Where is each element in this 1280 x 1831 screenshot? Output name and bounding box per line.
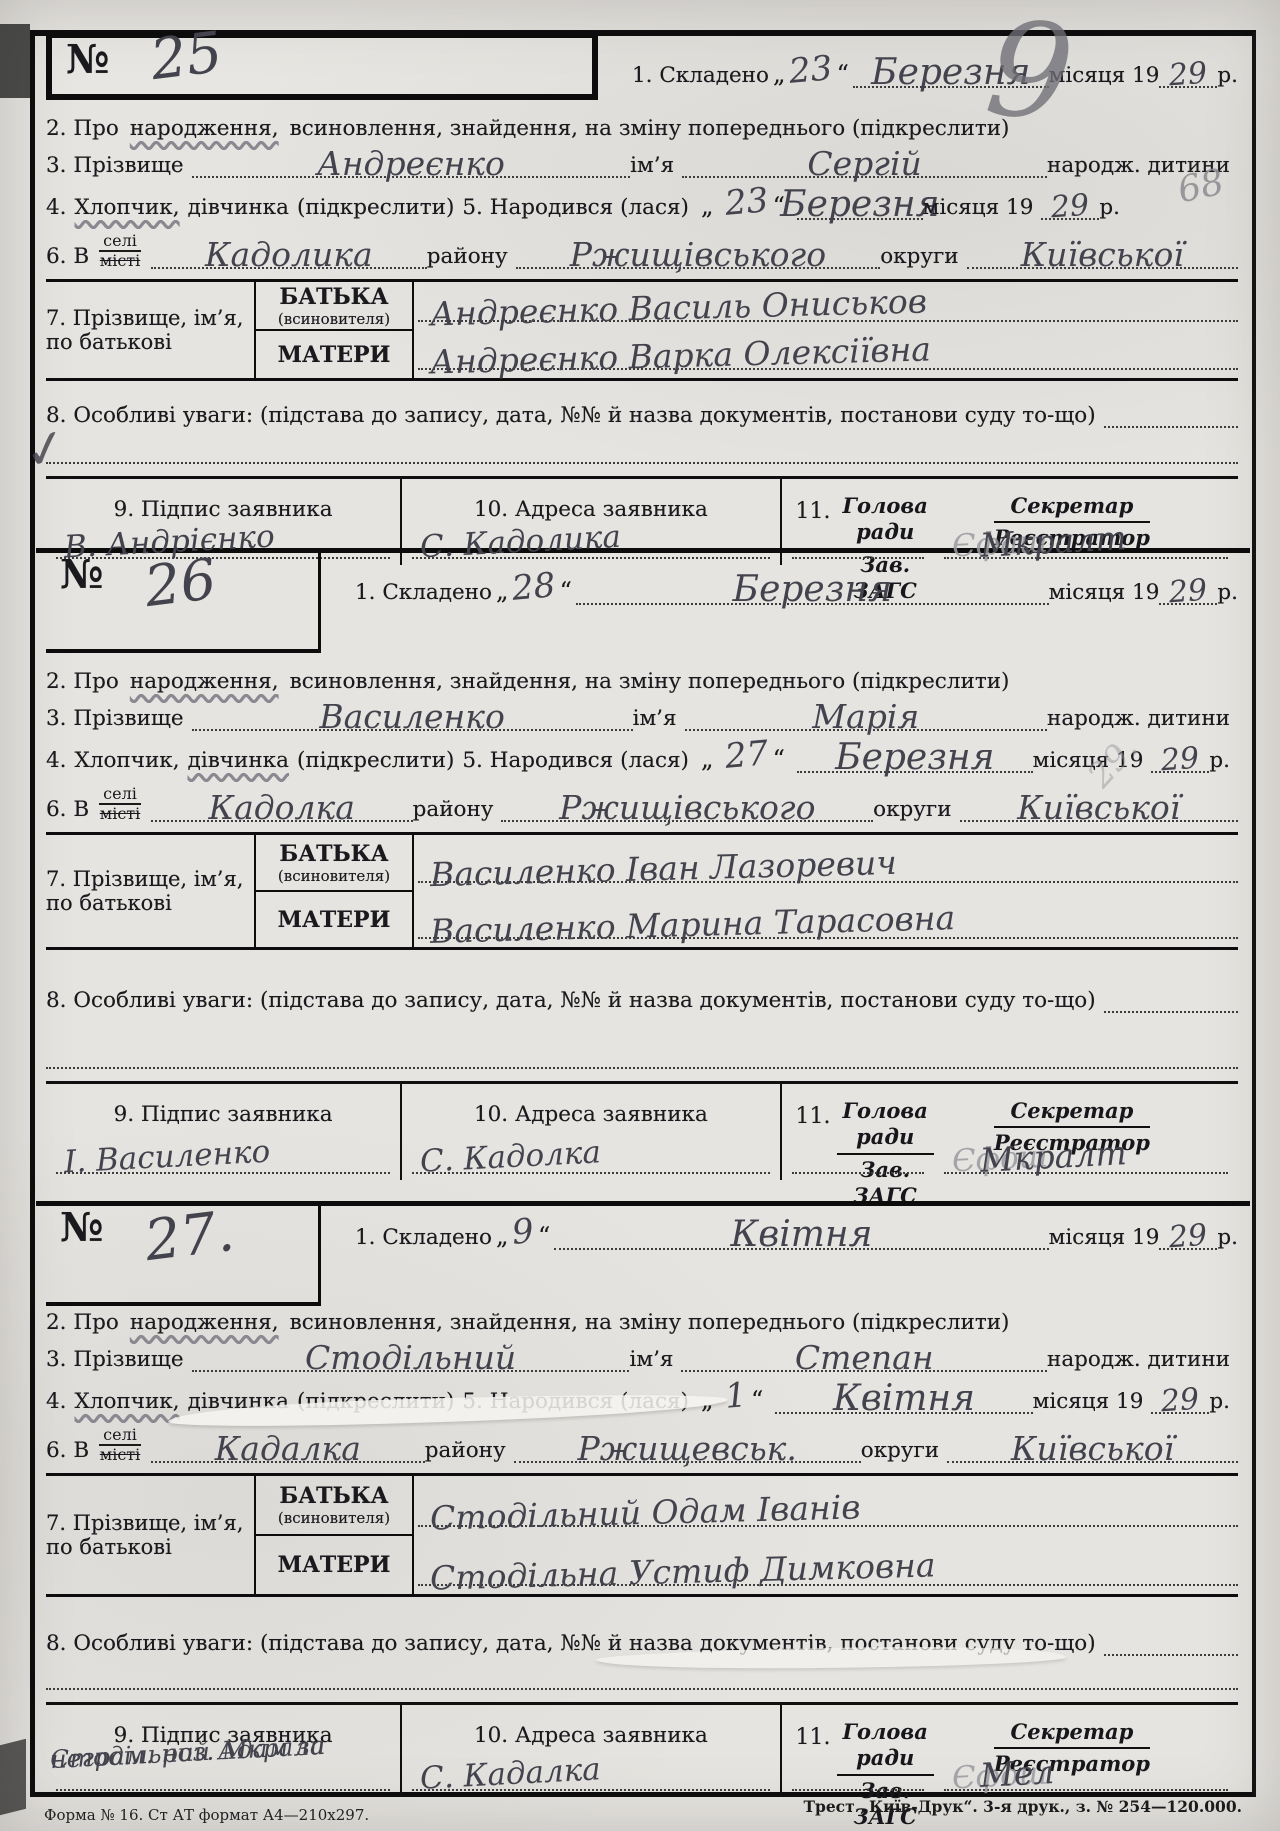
composed-line: 1. Складено „ 9 “ Квітня місяця 19 29 р. <box>355 1206 1238 1250</box>
surname-label: 3. Прізвище <box>46 153 184 178</box>
council-head-label: Голова ради Зав. ЗАГС <box>837 1098 934 1209</box>
firstname-handwritten: Сергій <box>807 155 921 176</box>
year-suffix-label: р. <box>1099 195 1120 220</box>
parents-block: 7. Прізвище, ім’я, по батькові БАТЬКА (в… <box>46 279 1238 381</box>
village-town-fraction: селі місті <box>99 1426 141 1463</box>
composed-month-handwritten: Квітня <box>730 1225 872 1248</box>
composed-month-line: Квітня <box>554 1225 1048 1250</box>
village-field: Кадалка <box>151 1440 425 1463</box>
village-field: Кадолка <box>151 799 413 822</box>
village-town-fraction: селі місті <box>99 785 141 822</box>
open-quote: „ <box>697 745 717 773</box>
remarks-label: 8. Особливі уваги: (підстава до запису, … <box>46 988 1096 1013</box>
father-label: БАТЬКА <box>256 841 412 867</box>
parents-label: 7. Прізвище, ім’я, по батькові <box>46 835 254 947</box>
month-year-label: місяця 19 <box>923 195 1034 220</box>
firstname-label: ім’я <box>630 153 674 178</box>
parents-label-line2: по батькові <box>46 891 254 915</box>
handwritten-page-number: 9 <box>980 1 1079 142</box>
composed-year-line: 29 <box>1159 584 1217 606</box>
item11-number: 11. <box>796 1104 831 1129</box>
father-entry: Андреєнко Василь Ониськов <box>414 282 1238 330</box>
mother-role-cell: МАТЕРИ <box>256 892 412 947</box>
mother-label: МАТЕРИ <box>278 1552 391 1578</box>
district-label: району <box>425 1438 506 1463</box>
district-handwritten: Ржищевськ. <box>578 1440 797 1461</box>
parents-entries: Андреєнко Василь Ониськов Андреєнко Варк… <box>414 282 1238 378</box>
no-label: № <box>46 1206 111 1248</box>
place-line: 6. В селі місті Кадалка району Ржищевськ… <box>46 1426 1238 1463</box>
adopter-sublabel: (всиновителя) <box>256 867 412 885</box>
parents-label-line2: по батькові <box>46 1535 254 1559</box>
applicant-signature-cell: 9. Підпис заявника І. Василенко <box>46 1084 400 1180</box>
place-line: 6. В селі місті Кадолка району Ржищівськ… <box>46 785 1238 822</box>
year-suffix-label: р. <box>1217 1225 1238 1250</box>
open-quote: „ <box>492 1222 512 1250</box>
village-word: селі <box>99 1426 141 1446</box>
record-number-handwritten: 25 <box>149 28 226 87</box>
secretary-signature: Мкралт <box>979 1140 1127 1174</box>
applicant-address-handwritten: С. Кадолка <box>420 1141 602 1175</box>
record-number-box: № 25 <box>46 32 598 100</box>
father-label: БАТЬКА <box>256 284 412 310</box>
secretary-word: Секретар <box>994 1719 1150 1749</box>
birth-record-27: № 27. 1. Складено „ 9 “ Квітня місяця 19… <box>36 1201 1250 1790</box>
birth-day-handwritten: 1 <box>725 1385 748 1407</box>
record-number-box: № 26 <box>46 553 321 653</box>
okruha-handwritten: Київської <box>1017 799 1180 820</box>
father-name-handwritten: Стодільний Одам Іванів <box>430 1498 861 1529</box>
adopter-sublabel: (всиновителя) <box>256 1509 412 1527</box>
father-role-cell: БАТЬКА (всиновителя) <box>256 835 412 892</box>
scan-edge-smudge <box>0 24 30 98</box>
place-line: 6. В селі місті Кадолика району Ржищівсь… <box>46 232 1238 269</box>
composed-month-line: Березня <box>576 580 1049 605</box>
applicant-signature-label: 9. Підпис заявника <box>46 497 400 522</box>
mother-role-cell: МАТЕРИ <box>256 1536 412 1594</box>
secretary-signature: Мкралт <box>979 525 1127 559</box>
village-handwritten: Кадолика <box>205 246 373 267</box>
surname-field: Стодільний <box>192 1349 630 1372</box>
village-field: Кадолика <box>151 246 427 269</box>
composed-label: 1. Складено <box>355 1225 492 1250</box>
district-label: району <box>427 244 508 269</box>
close-quote: “ <box>769 745 789 773</box>
birth-day-handwritten: 23 <box>725 190 770 214</box>
town-word-struck: місті <box>100 805 141 823</box>
remarks-line: 8. Особливі уваги: (підстава до запису, … <box>46 1631 1238 1656</box>
council-head-cell: 11. Голова ради Зав. ЗАГС Єфош <box>780 1084 934 1180</box>
composed-year-handwritten: 29 <box>1169 65 1208 87</box>
okruha-field: Київської <box>960 799 1238 822</box>
parents-role-column: БАТЬКА (всиновителя) МАТЕРИ <box>254 282 414 378</box>
composed-year-line: 29 <box>1159 1229 1217 1251</box>
statement-type-line: 2. Про народження, всиновлення, знайденн… <box>46 1310 1238 1335</box>
name-line: 3. Прізвище Василенко ім’я Марія народж.… <box>46 706 1238 731</box>
composed-month-handwritten: Березня <box>733 580 892 603</box>
town-word-struck: місті <box>100 252 141 270</box>
page-content: № 25 1. Складено „ 23 “ Березня місяця 1… <box>36 36 1250 1790</box>
statement-prefix: 2. Про <box>46 116 119 141</box>
scan-edge-smudge <box>0 1739 26 1815</box>
statement-rest: всиновлення, знайдення, на зміну поперед… <box>290 1310 1010 1335</box>
birth-record-26: № 26 1. Складено „ 28 “ Березня місяця 1… <box>36 548 1250 1201</box>
item4-number: 4. <box>46 195 67 220</box>
parents-label: 7. Прізвище, ім’я, по батькові <box>46 282 254 378</box>
applicant-address-handwritten: С. Кадалка <box>420 1758 602 1792</box>
okruha-label: округи <box>880 244 958 269</box>
composed-day-handwritten: 9 <box>512 1221 535 1243</box>
surname-handwritten: Стодільний <box>305 1349 516 1370</box>
mother-entry: Василенко Марина Тарасовна <box>414 891 1238 947</box>
open-quote: „ <box>492 577 512 605</box>
okruha-handwritten: Київської <box>1021 246 1184 267</box>
child-label: народж. дитини <box>1047 706 1230 731</box>
applicant-signature-label: 9. Підпис заявника <box>46 1102 400 1127</box>
close-quote: “ <box>556 577 576 605</box>
item4-number: 4. <box>46 1389 67 1414</box>
print-house-imprint: Трест „Київ-Друк“. 3-я друк., з. № 254—1… <box>803 1797 1242 1816</box>
form-number-imprint: Форма № 16. Ст АТ формат А4—210х297. <box>44 1806 369 1824</box>
in-label: 6. В <box>46 244 89 269</box>
underlined-word-birth: народження, <box>130 116 279 141</box>
underlined-word-birth: народження, <box>130 1310 279 1335</box>
birth-year-handwritten: 29 <box>1051 197 1090 219</box>
birth-month-handwritten: Квітня <box>833 1389 975 1412</box>
birth-month-line: Квітня <box>775 1389 1032 1414</box>
remarks-extra-line <box>46 460 1238 464</box>
mother-name-handwritten: Андреєнко Варка Олексіївна <box>430 340 931 373</box>
statement-prefix: 2. Про <box>46 1310 119 1335</box>
remarks-field <box>1104 423 1238 428</box>
item11-number: 11. <box>796 499 831 524</box>
surname-field: Василенко <box>192 708 633 731</box>
word-boy: Хлопчик, <box>75 748 180 773</box>
close-quote: “ <box>747 1386 767 1414</box>
registry-page-scan: № 25 1. Складено „ 23 “ Березня місяця 1… <box>0 0 1280 1831</box>
birth-month-line: Березня <box>797 748 1033 773</box>
word-girl: дівчинка <box>188 195 289 220</box>
okruha-field: Київської <box>967 246 1238 269</box>
close-quote: “ <box>833 60 853 88</box>
parents-label-line1: 7. Прізвище, ім’я, <box>46 1511 254 1535</box>
town-word-struck: місті <box>100 1446 141 1464</box>
year-suffix-label: р. <box>1209 1389 1230 1414</box>
statement-type-line: 2. Про народження, всиновлення, знайденн… <box>46 669 1238 694</box>
birth-month-handwritten: Березня <box>780 195 939 218</box>
applicant-address-label: 10. Адреса заявника <box>402 1723 779 1748</box>
surname-label: 3. Прізвище <box>46 1347 184 1372</box>
signatures-row: 9. Підпис заявника І. Василенко 10. Адре… <box>46 1081 1238 1180</box>
head-of-council-label: Голова ради <box>837 493 934 550</box>
no-label: № <box>52 38 117 80</box>
applicant-address-cell: 10. Адреса заявника С. Кадолка <box>400 1084 779 1180</box>
mother-name-handwritten: Стодільна Устиф Димковна <box>430 1556 936 1589</box>
surname-handwritten: Василенко <box>319 708 505 729</box>
birth-year-handwritten: 29 <box>1161 750 1200 772</box>
district-handwritten: Ржищівського <box>559 799 815 820</box>
open-quote: „ <box>697 192 717 220</box>
father-role-cell: БАТЬКА (всиновителя) <box>256 282 412 331</box>
father-entry: Василенко Іван Лазоревич <box>414 835 1238 891</box>
mother-name-handwritten: Василенко Марина Тарасовна <box>430 909 956 943</box>
underline-note: (підкреслити) <box>297 748 454 773</box>
head-of-council-label: Голова ради <box>837 1719 934 1776</box>
statement-rest: всиновлення, знайдення, на зміну поперед… <box>290 116 1010 141</box>
adopter-sublabel: (всиновителя) <box>256 310 412 328</box>
applicant-address-label: 10. Адреса заявника <box>402 497 779 522</box>
village-town-fraction: селі місті <box>99 232 141 269</box>
okruha-label: округи <box>861 1438 939 1463</box>
close-quote: “ <box>534 1222 554 1250</box>
father-name-handwritten: Василенко Іван Лазоревич <box>430 853 897 885</box>
parents-block: 7. Прізвище, ім’я, по батькові БАТЬКА (в… <box>46 832 1238 950</box>
birth-year-line: 29 <box>1151 752 1209 774</box>
record-number-box: № 27. <box>46 1206 321 1306</box>
record-header: № 26 1. Складено „ 28 “ Березня місяця 1… <box>46 553 1238 665</box>
item11-number: 11. <box>796 1725 831 1750</box>
secretary-word: Секретар <box>994 1098 1150 1128</box>
remarks-extra-line <box>46 1065 1238 1069</box>
parents-entries: Стодільний Одам Іванів Стодільна Устиф Д… <box>414 1476 1238 1594</box>
firstname-handwritten: Степан <box>795 1349 934 1370</box>
mother-label: МАТЕРИ <box>278 342 391 368</box>
composed-label: 1. Складено <box>355 580 492 605</box>
council-head-cell: 11. Голова ради Зав. ЗАГС Єфош <box>780 1705 934 1797</box>
head-of-council-label: Голова ради <box>837 1098 934 1155</box>
item5-born-label: 5. Народився (лася) <box>462 748 689 773</box>
father-entry: Стодільний Одам Іванів <box>414 1476 1238 1535</box>
parents-label: 7. Прізвище, ім’я, по батькові <box>46 1476 254 1594</box>
applicant-address-handwritten: С. Кадолика <box>420 525 622 560</box>
mother-entry: Андреєнко Варка Олексіївна <box>414 330 1238 378</box>
remarks-field <box>1104 1008 1238 1013</box>
firstname-label: ім’я <box>633 706 677 731</box>
word-boy: Хлопчик, <box>75 195 180 220</box>
composed-year-line: 29 <box>1159 67 1217 89</box>
underlined-word-birth: народження, <box>130 669 279 694</box>
parents-label-line1: 7. Прізвище, ім’я, <box>46 306 254 330</box>
mother-role-cell: МАТЕРИ <box>256 331 412 378</box>
mother-label: МАТЕРИ <box>278 907 391 933</box>
village-word: селі <box>99 232 141 252</box>
in-label: 6. В <box>46 797 89 822</box>
okruha-label: округи <box>873 797 951 822</box>
surname-field: Андреєнко <box>192 155 631 178</box>
in-label: 6. В <box>46 1438 89 1463</box>
year-suffix-label: р. <box>1217 580 1238 605</box>
applicant-signature-handwritten: В. Андрієнко <box>63 525 275 561</box>
okruha-handwritten: Київської <box>1011 1440 1174 1461</box>
remarks-line: 8. Особливі уваги: (підстава до запису, … <box>46 403 1238 428</box>
record-number-handwritten: 27. <box>143 1207 238 1268</box>
record-header: № 27. 1. Складено „ 9 “ Квітня місяця 19… <box>46 1206 1238 1306</box>
firstname-field: Марія <box>685 708 1047 731</box>
composed-year-handwritten: 29 <box>1169 1227 1208 1249</box>
firstname-field: Степан <box>681 1349 1047 1372</box>
composed-day-handwritten: 23 <box>789 58 834 82</box>
month-year-label: місяця 19 <box>1033 1389 1144 1414</box>
statement-prefix: 2. Про <box>46 669 119 694</box>
secretary-signature: Мел <box>979 1759 1055 1789</box>
open-quote: „ <box>769 60 789 88</box>
remarks-field <box>1104 1651 1238 1656</box>
birth-month-handwritten: Березня <box>835 748 994 771</box>
secretary-word: Секретар <box>994 493 1150 523</box>
father-label: БАТЬКА <box>256 1483 412 1509</box>
birth-month-line: Березня <box>797 195 923 220</box>
district-field: Ржищівського <box>516 246 881 269</box>
firstname-field: Сергій <box>682 155 1047 178</box>
mother-entry: Стодільна Устиф Димковна <box>414 1535 1238 1594</box>
surname-handwritten: Андреєнко <box>317 155 505 176</box>
remarks-extra-line <box>46 1686 1238 1690</box>
sex-and-birthdate-line: 4. Хлопчик, дівчинка (підкреслити) 5. На… <box>46 192 1238 220</box>
word-girl: дівчинка <box>188 748 289 773</box>
parents-block: 7. Прізвище, ім’я, по батькові БАТЬКА (в… <box>46 1473 1238 1597</box>
parents-role-column: БАТЬКА (всиновителя) МАТЕРИ <box>254 835 414 947</box>
birth-record-25: № 25 1. Складено „ 23 “ Березня місяця 1… <box>36 36 1250 548</box>
firstname-label: ім’я <box>629 1347 673 1372</box>
remarks-line: 8. Особливі уваги: (підстава до запису, … <box>46 988 1238 1013</box>
applicant-address-cell: 10. Адреса заявника С. Кадалка <box>400 1705 779 1797</box>
parents-label-line1: 7. Прізвище, ім’я, <box>46 867 254 891</box>
parents-entries: Василенко Іван Лазоревич Василенко Марин… <box>414 835 1238 947</box>
composed-label: 1. Складено <box>632 63 769 88</box>
composed-day-handwritten: 28 <box>512 575 557 599</box>
year-suffix-label: р. <box>1217 63 1238 88</box>
village-handwritten: Кадолка <box>209 799 355 820</box>
year-suffix-label: р. <box>1209 748 1230 773</box>
okruha-field: Київської <box>947 1440 1238 1463</box>
secretary-cell: Секретар Реєстратор Мкралт <box>934 1084 1238 1180</box>
composed-year-handwritten: 29 <box>1169 582 1208 604</box>
surname-label: 3. Прізвище <box>46 706 184 731</box>
birth-year-handwritten: 29 <box>1161 1391 1200 1413</box>
parents-role-column: БАТЬКА (всиновителя) МАТЕРИ <box>254 1476 414 1594</box>
composed-line: 1. Складено „ 23 “ Березня місяця 19 29 … <box>632 36 1238 88</box>
parents-label-line2: по батькові <box>46 330 254 354</box>
district-handwritten: Ржищівського <box>570 246 826 267</box>
name-line: 3. Прізвище Андреєнко ім’я Сергій народж… <box>46 153 1238 178</box>
firstname-handwritten: Марія <box>812 708 919 729</box>
remarks-label: 8. Особливі уваги: (підстава до запису, … <box>46 403 1096 428</box>
village-handwritten: Кадалка <box>215 1440 361 1461</box>
month-year-label: місяця 19 <box>1049 1225 1160 1250</box>
birth-day-handwritten: 27 <box>725 743 770 767</box>
applicant-signature-handwritten: І. Василенко <box>63 1140 270 1176</box>
statement-rest: всиновлення, знайдення, на зміну поперед… <box>290 669 1010 694</box>
item4-number: 4. <box>46 748 67 773</box>
district-label: району <box>413 797 494 822</box>
sex-and-birthdate-line: 4. Хлопчик, дівчинка (підкреслити) 5. На… <box>46 745 1238 773</box>
village-word: селі <box>99 785 141 805</box>
applicant-address-label: 10. Адреса заявника <box>402 1102 779 1127</box>
child-label: народж. дитини <box>1047 1347 1230 1372</box>
applicant-signature-cell: 9. Підпис заявника Стодільний Адам за не… <box>46 1705 400 1797</box>
district-field: Ржищевськ. <box>514 1440 861 1463</box>
name-line: 3. Прізвище Стодільний ім’я Степан народ… <box>46 1347 1238 1372</box>
underline-note: (підкреслити) <box>297 195 454 220</box>
father-name-handwritten: Андреєнко Василь Ониськов <box>430 292 927 325</box>
month-year-label: місяця 19 <box>1049 580 1160 605</box>
birth-year-line: 29 <box>1151 1393 1209 1415</box>
father-role-cell: БАТЬКА (всиновителя) <box>256 1476 412 1536</box>
secretary-cell: Секретар Реєстратор Мел <box>934 1705 1238 1797</box>
birth-year-line: 29 <box>1041 199 1099 221</box>
record-number-handwritten: 26 <box>143 555 220 614</box>
signatures-row: 9. Підпис заявника Стодільний Адам за не… <box>46 1702 1238 1797</box>
item5-born-label: 5. Народився (лася) <box>462 195 689 220</box>
district-field: Ржищівського <box>501 799 873 822</box>
word-boy: Хлопчик, <box>75 1389 180 1414</box>
